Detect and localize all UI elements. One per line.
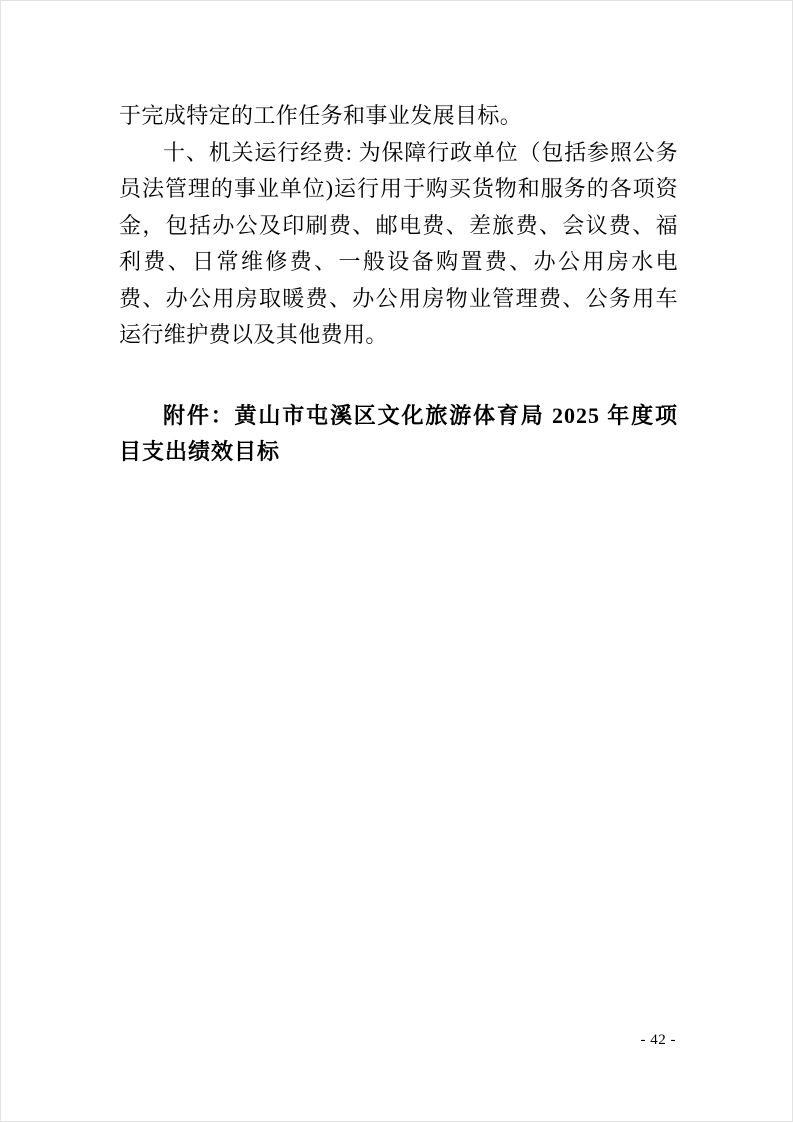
attachment-title: 附件：黄山市屯溪区文化旅游体育局 2025 年度项目支出绩效目标 <box>119 398 678 471</box>
body-paragraph: 十、机关运行经费: 为保障行政单位（包括参照公务员法管理的事业单位)运行用于购买… <box>119 135 678 354</box>
page-number: - 42 - <box>641 1030 677 1050</box>
body-paragraph: 于完成特定的工作任务和事业发展目标。 <box>119 98 678 135</box>
document-body: 于完成特定的工作任务和事业发展目标。 十、机关运行经费: 为保障行政单位（包括参… <box>119 98 678 471</box>
document-page: 于完成特定的工作任务和事业发展目标。 十、机关运行经费: 为保障行政单位（包括参… <box>0 0 793 1122</box>
